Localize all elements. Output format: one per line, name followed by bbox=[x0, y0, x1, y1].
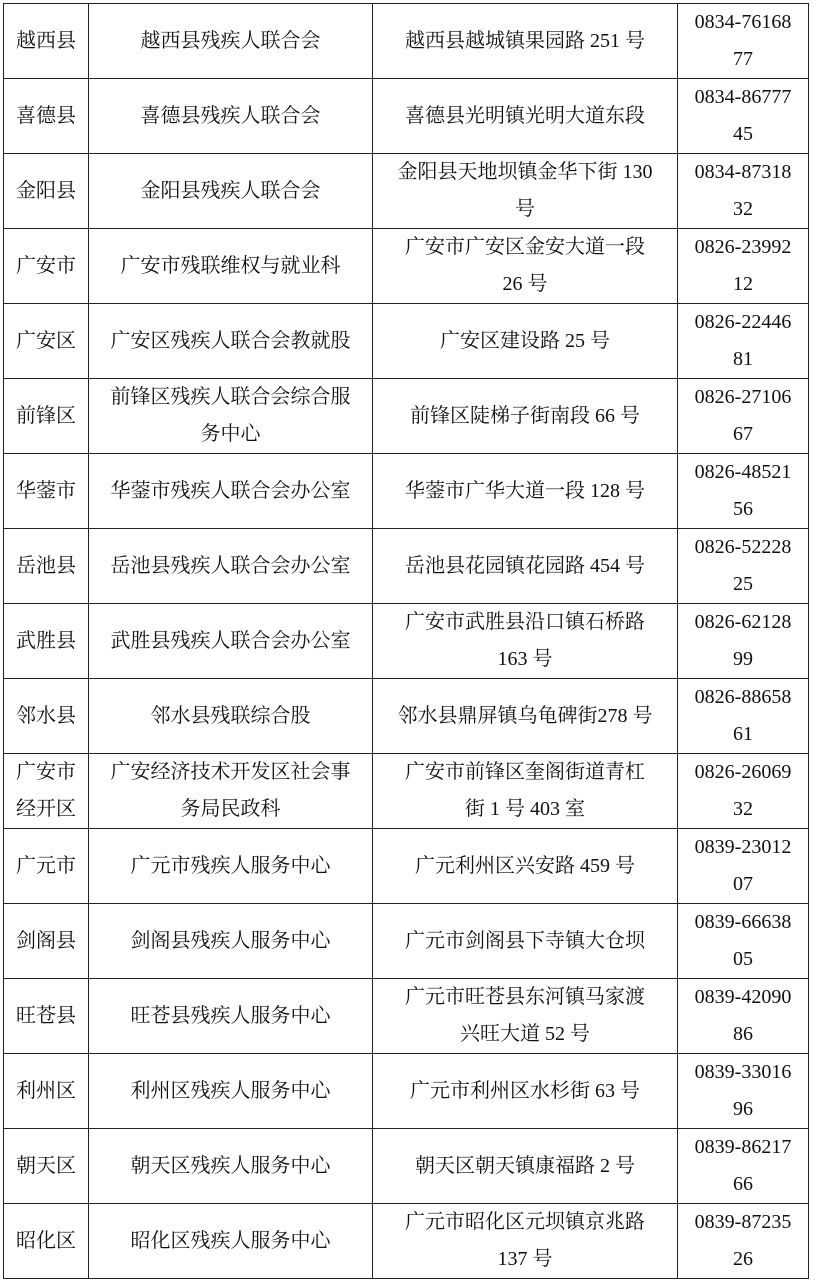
table-row: 华蓥市 华蓥市残疾人联合会办公室 华蓥市广华大道一段 128 号 0826-48… bbox=[4, 454, 809, 529]
district-cell: 广安区 bbox=[4, 304, 89, 379]
address-cell: 广安市武胜县沿口镇石桥路 163 号 bbox=[373, 604, 678, 679]
address-cell: 广安区建设路 25 号 bbox=[373, 304, 678, 379]
phone-cell: 0839-87235 26 bbox=[678, 1204, 809, 1279]
table-row: 金阳县 金阳县残疾人联合会 金阳县天地坝镇金华下街 130 号 0834-873… bbox=[4, 154, 809, 229]
phone-cell: 0834-87318 32 bbox=[678, 154, 809, 229]
organization-cell: 华蓥市残疾人联合会办公室 bbox=[89, 454, 373, 529]
phone-cell: 0839-86217 66 bbox=[678, 1129, 809, 1204]
address-cell: 广元市利州区水杉街 63 号 bbox=[373, 1054, 678, 1129]
organization-cell: 朝天区残疾人服务中心 bbox=[89, 1129, 373, 1204]
table-row: 邻水县 邻水县残联综合股 邻水县鼎屏镇乌龟碑街278 号 0826-88658 … bbox=[4, 679, 809, 754]
address-cell: 广安市前锋区奎阁街道青杠 街 1 号 403 室 bbox=[373, 754, 678, 829]
district-cell: 岳池县 bbox=[4, 529, 89, 604]
district-cell: 邻水县 bbox=[4, 679, 89, 754]
organization-cell: 金阳县残疾人联合会 bbox=[89, 154, 373, 229]
district-cell: 旺苍县 bbox=[4, 979, 89, 1054]
address-cell: 越西县越城镇果园路 251 号 bbox=[373, 4, 678, 79]
district-cell: 金阳县 bbox=[4, 154, 89, 229]
address-cell: 金阳县天地坝镇金华下街 130 号 bbox=[373, 154, 678, 229]
organization-cell: 广安经济技术开发区社会事 务局民政科 bbox=[89, 754, 373, 829]
table-row: 旺苍县 旺苍县残疾人服务中心 广元市旺苍县东河镇马家渡 兴旺大道 52 号 08… bbox=[4, 979, 809, 1054]
table-row: 朝天区 朝天区残疾人服务中心 朝天区朝天镇康福路 2 号 0839-86217 … bbox=[4, 1129, 809, 1204]
organization-cell: 广安区残疾人联合会教就股 bbox=[89, 304, 373, 379]
district-cell: 越西县 bbox=[4, 4, 89, 79]
address-cell: 朝天区朝天镇康福路 2 号 bbox=[373, 1129, 678, 1204]
address-cell: 喜德县光明镇光明大道东段 bbox=[373, 79, 678, 154]
district-cell: 广安市 bbox=[4, 229, 89, 304]
phone-cell: 0839-23012 07 bbox=[678, 829, 809, 904]
district-cell: 武胜县 bbox=[4, 604, 89, 679]
contacts-table-body: 越西县 越西县残疾人联合会 越西县越城镇果园路 251 号 0834-76168… bbox=[4, 4, 809, 1279]
phone-cell: 0826-27106 67 bbox=[678, 379, 809, 454]
table-row: 剑阁县 剑阁县残疾人服务中心 广元市剑阁县下寺镇大仓坝 0839-66638 0… bbox=[4, 904, 809, 979]
table-row: 广安区 广安区残疾人联合会教就股 广安区建设路 25 号 0826-22446 … bbox=[4, 304, 809, 379]
phone-cell: 0834-86777 45 bbox=[678, 79, 809, 154]
address-cell: 广安市广安区金安大道一段 26 号 bbox=[373, 229, 678, 304]
phone-cell: 0834-76168 77 bbox=[678, 4, 809, 79]
phone-cell: 0826-22446 81 bbox=[678, 304, 809, 379]
address-cell: 广元市昭化区元坝镇京兆路 137 号 bbox=[373, 1204, 678, 1279]
table-row: 武胜县 武胜县残疾人联合会办公室 广安市武胜县沿口镇石桥路 163 号 0826… bbox=[4, 604, 809, 679]
organization-cell: 广元市残疾人服务中心 bbox=[89, 829, 373, 904]
document-page: 越西县 越西县残疾人联合会 越西县越城镇果园路 251 号 0834-76168… bbox=[0, 0, 817, 1279]
organization-cell: 剑阁县残疾人服务中心 bbox=[89, 904, 373, 979]
table-row: 喜德县 喜德县残疾人联合会 喜德县光明镇光明大道东段 0834-86777 45 bbox=[4, 79, 809, 154]
district-cell: 剑阁县 bbox=[4, 904, 89, 979]
address-cell: 华蓥市广华大道一段 128 号 bbox=[373, 454, 678, 529]
organization-cell: 前锋区残疾人联合会综合服 务中心 bbox=[89, 379, 373, 454]
organization-cell: 利州区残疾人服务中心 bbox=[89, 1054, 373, 1129]
organization-cell: 昭化区残疾人服务中心 bbox=[89, 1204, 373, 1279]
table-row: 广元市 广元市残疾人服务中心 广元利州区兴安路 459 号 0839-23012… bbox=[4, 829, 809, 904]
organization-cell: 广安市残联维权与就业科 bbox=[89, 229, 373, 304]
organization-cell: 旺苍县残疾人服务中心 bbox=[89, 979, 373, 1054]
organization-cell: 喜德县残疾人联合会 bbox=[89, 79, 373, 154]
organization-cell: 岳池县残疾人联合会办公室 bbox=[89, 529, 373, 604]
table-row: 广安市 广安市残联维权与就业科 广安市广安区金安大道一段 26 号 0826-2… bbox=[4, 229, 809, 304]
district-cell: 广安市 经开区 bbox=[4, 754, 89, 829]
address-cell: 前锋区陡梯子街南段 66 号 bbox=[373, 379, 678, 454]
phone-cell: 0826-52228 25 bbox=[678, 529, 809, 604]
district-cell: 朝天区 bbox=[4, 1129, 89, 1204]
address-cell: 岳池县花园镇花园路 454 号 bbox=[373, 529, 678, 604]
address-cell: 邻水县鼎屏镇乌龟碑街278 号 bbox=[373, 679, 678, 754]
address-cell: 广元市剑阁县下寺镇大仓坝 bbox=[373, 904, 678, 979]
district-cell: 前锋区 bbox=[4, 379, 89, 454]
organization-cell: 越西县残疾人联合会 bbox=[89, 4, 373, 79]
phone-cell: 0839-42090 86 bbox=[678, 979, 809, 1054]
contacts-table: 越西县 越西县残疾人联合会 越西县越城镇果园路 251 号 0834-76168… bbox=[3, 3, 809, 1279]
organization-cell: 邻水县残联综合股 bbox=[89, 679, 373, 754]
organization-cell: 武胜县残疾人联合会办公室 bbox=[89, 604, 373, 679]
address-cell: 广元利州区兴安路 459 号 bbox=[373, 829, 678, 904]
table-row: 利州区 利州区残疾人服务中心 广元市利州区水杉街 63 号 0839-33016… bbox=[4, 1054, 809, 1129]
phone-cell: 0839-66638 05 bbox=[678, 904, 809, 979]
table-row: 岳池县 岳池县残疾人联合会办公室 岳池县花园镇花园路 454 号 0826-52… bbox=[4, 529, 809, 604]
district-cell: 广元市 bbox=[4, 829, 89, 904]
table-row: 广安市 经开区 广安经济技术开发区社会事 务局民政科 广安市前锋区奎阁街道青杠 … bbox=[4, 754, 809, 829]
phone-cell: 0826-62128 99 bbox=[678, 604, 809, 679]
phone-cell: 0826-23992 12 bbox=[678, 229, 809, 304]
phone-cell: 0826-48521 56 bbox=[678, 454, 809, 529]
phone-cell: 0826-88658 61 bbox=[678, 679, 809, 754]
district-cell: 利州区 bbox=[4, 1054, 89, 1129]
district-cell: 喜德县 bbox=[4, 79, 89, 154]
table-row: 昭化区 昭化区残疾人服务中心 广元市昭化区元坝镇京兆路 137 号 0839-8… bbox=[4, 1204, 809, 1279]
phone-cell: 0826-26069 32 bbox=[678, 754, 809, 829]
table-row: 前锋区 前锋区残疾人联合会综合服 务中心 前锋区陡梯子街南段 66 号 0826… bbox=[4, 379, 809, 454]
district-cell: 华蓥市 bbox=[4, 454, 89, 529]
address-cell: 广元市旺苍县东河镇马家渡 兴旺大道 52 号 bbox=[373, 979, 678, 1054]
table-row: 越西县 越西县残疾人联合会 越西县越城镇果园路 251 号 0834-76168… bbox=[4, 4, 809, 79]
district-cell: 昭化区 bbox=[4, 1204, 89, 1279]
phone-cell: 0839-33016 96 bbox=[678, 1054, 809, 1129]
